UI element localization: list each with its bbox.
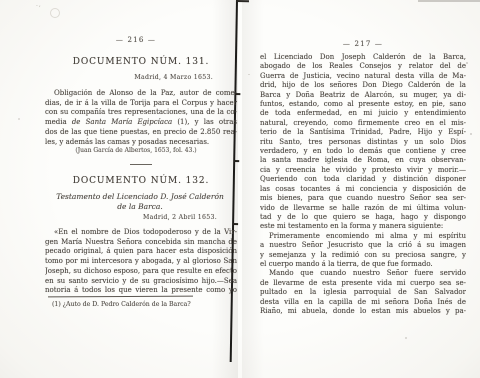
text-line: Mando que cuando nuestro Señor fuere ser… — [260, 269, 466, 278]
text-line: funtos, estando, como al presente estoy,… — [260, 100, 466, 109]
text-line: a nuestro Señor Jesucristo que la crió á… — [260, 241, 466, 250]
testament-body: el Licenciado Don Joseph Calderón de la … — [260, 53, 466, 316]
text-line: media de Santa María Egipcíaca (1), y la… — [45, 118, 237, 128]
text-line: con su compañía tres representaciones, u… — [45, 108, 237, 118]
doc-132-body: «En el nombre de Dios todopoderoso y de … — [45, 228, 237, 296]
page-number-right: — 217 — — [260, 40, 466, 48]
scan-speck — [466, 62, 468, 64]
text-line: desta villa en la capilla de mi señora D… — [260, 298, 466, 307]
text-line: natural, creyendo, como firmemente creo … — [260, 119, 466, 128]
section-divider — [130, 164, 152, 165]
text-line: abogado de los Reales Consejos y relator… — [260, 62, 466, 71]
text-line: vido de llevarme se halle razón de mi úl… — [260, 204, 466, 213]
text-line: este mi testamento en la forma y manera … — [260, 222, 466, 231]
scan-speck — [18, 118, 20, 120]
text-line: el cuerpo mando á la tierra, de que fue … — [260, 260, 466, 269]
text-line: dos de las que tiene puestas, en precio … — [45, 128, 237, 138]
text-line: Guerra de Justicia, vecino natural desta… — [260, 72, 466, 81]
doc-131-body: Obligación de Alonso de la Paz, autor de… — [45, 89, 237, 147]
scan-smudge: ., — [36, 1, 42, 8]
doc-131-heading: DOCUMENTO NÚM. 131. — [45, 57, 237, 67]
doc-132-dateline: Madrid, 2 Abril 1653. — [45, 214, 217, 221]
binding-thread — [234, 160, 239, 162]
text-line: gen María Nuestra Señora concebida sin m… — [45, 238, 237, 248]
doc-131-citation: (Juan García de Albertos, 1653, fol. 43.… — [36, 147, 236, 154]
scan-speck — [470, 133, 472, 135]
text-line: terio de la Santísima Trinidad, Padre, H… — [260, 128, 466, 137]
text-line: las cosas tocantes á mi conciencia y dis… — [260, 185, 466, 194]
text-line: drid, hijo de los señores Don Diego Cald… — [260, 81, 466, 90]
scan-ring-artifact — [50, 8, 60, 18]
text-line: notoria á todos los que vieren la presen… — [45, 286, 237, 296]
text-line: ritu Santo, tres personas distintas y un… — [260, 138, 466, 147]
text-line: Primeramente encomiendo mi alma y mi esp… — [260, 232, 466, 241]
doc-131-dateline: Madrid, 4 Marzo 1653. — [45, 74, 213, 81]
text-line: en su santo servicio y de su graciosísim… — [45, 277, 237, 287]
text-line: mis bienes, para que cuando nuestro Seño… — [260, 194, 466, 203]
text-line: dias, de ir á la villa de Torija para el… — [45, 99, 237, 109]
doc-132-subtitle-line: Testamento del Licenciado D. José Calder… — [40, 192, 240, 202]
doc-132-subtitle-line: de la Barca. — [40, 202, 240, 212]
text-line: pecado original, á quien para hacer esta… — [45, 247, 237, 257]
scan-edge-artifact — [418, 0, 480, 2]
text-line: pultado en la iglesia parroquial de San … — [260, 288, 466, 297]
text-line: verdadero, y en todo lo demás que contie… — [260, 147, 466, 156]
book-scan: ., — 216 — DOCUMENTO NÚM. 131. Madrid, 4… — [0, 0, 480, 378]
footnote-rule — [48, 296, 193, 298]
text-line: Riaño, mi abuela, donde lo estan mis abu… — [260, 307, 466, 316]
text-line: tad y de lo que quiero se haga, hago y d… — [260, 213, 466, 222]
spine-cap — [236, 0, 249, 2]
text-line: de toda enfermedad, en mi juicio y enten… — [260, 109, 466, 118]
scan-speck — [405, 337, 407, 339]
doc-132-heading: DOCUMENTO NÚM. 132. — [45, 176, 237, 186]
text-line: Queriendo con toda claridad y distinción… — [260, 175, 466, 184]
text-line: la santa madre iglesia de Roma, en cuya … — [260, 156, 466, 165]
text-line: Joseph, su dichoso esposo, para que resu… — [45, 267, 237, 277]
text-line: «En el nombre de Dios todopoderoso y de … — [45, 228, 237, 238]
text-line: el Licenciado Don Joseph Calderón de la … — [260, 53, 466, 62]
footnote: (1) ¿Auto de D. Pedro Calderón de la Bar… — [52, 301, 237, 308]
binding-thread — [233, 223, 238, 225]
text-line: tomo por mi intercesora y abogada, y al … — [45, 257, 237, 267]
text-line: Obligación de Alonso de la Paz, autor de… — [45, 89, 237, 99]
text-line: cia y creencia he vivido y protesto vivi… — [260, 166, 466, 175]
text-line: de llevarme de esta presente vida mi cue… — [260, 279, 466, 288]
page-number-left: — 216 — — [36, 36, 236, 44]
doc-132-subtitle: Testamento del Licenciado D. José Calder… — [40, 192, 240, 212]
text-line: les, y además las camas y posadas necesa… — [45, 138, 237, 148]
text-line: Barca y Doña Beatriz de Alarcón, su muge… — [260, 91, 466, 100]
text-line: y semejanza y la redimió con su preciosa… — [260, 251, 466, 260]
